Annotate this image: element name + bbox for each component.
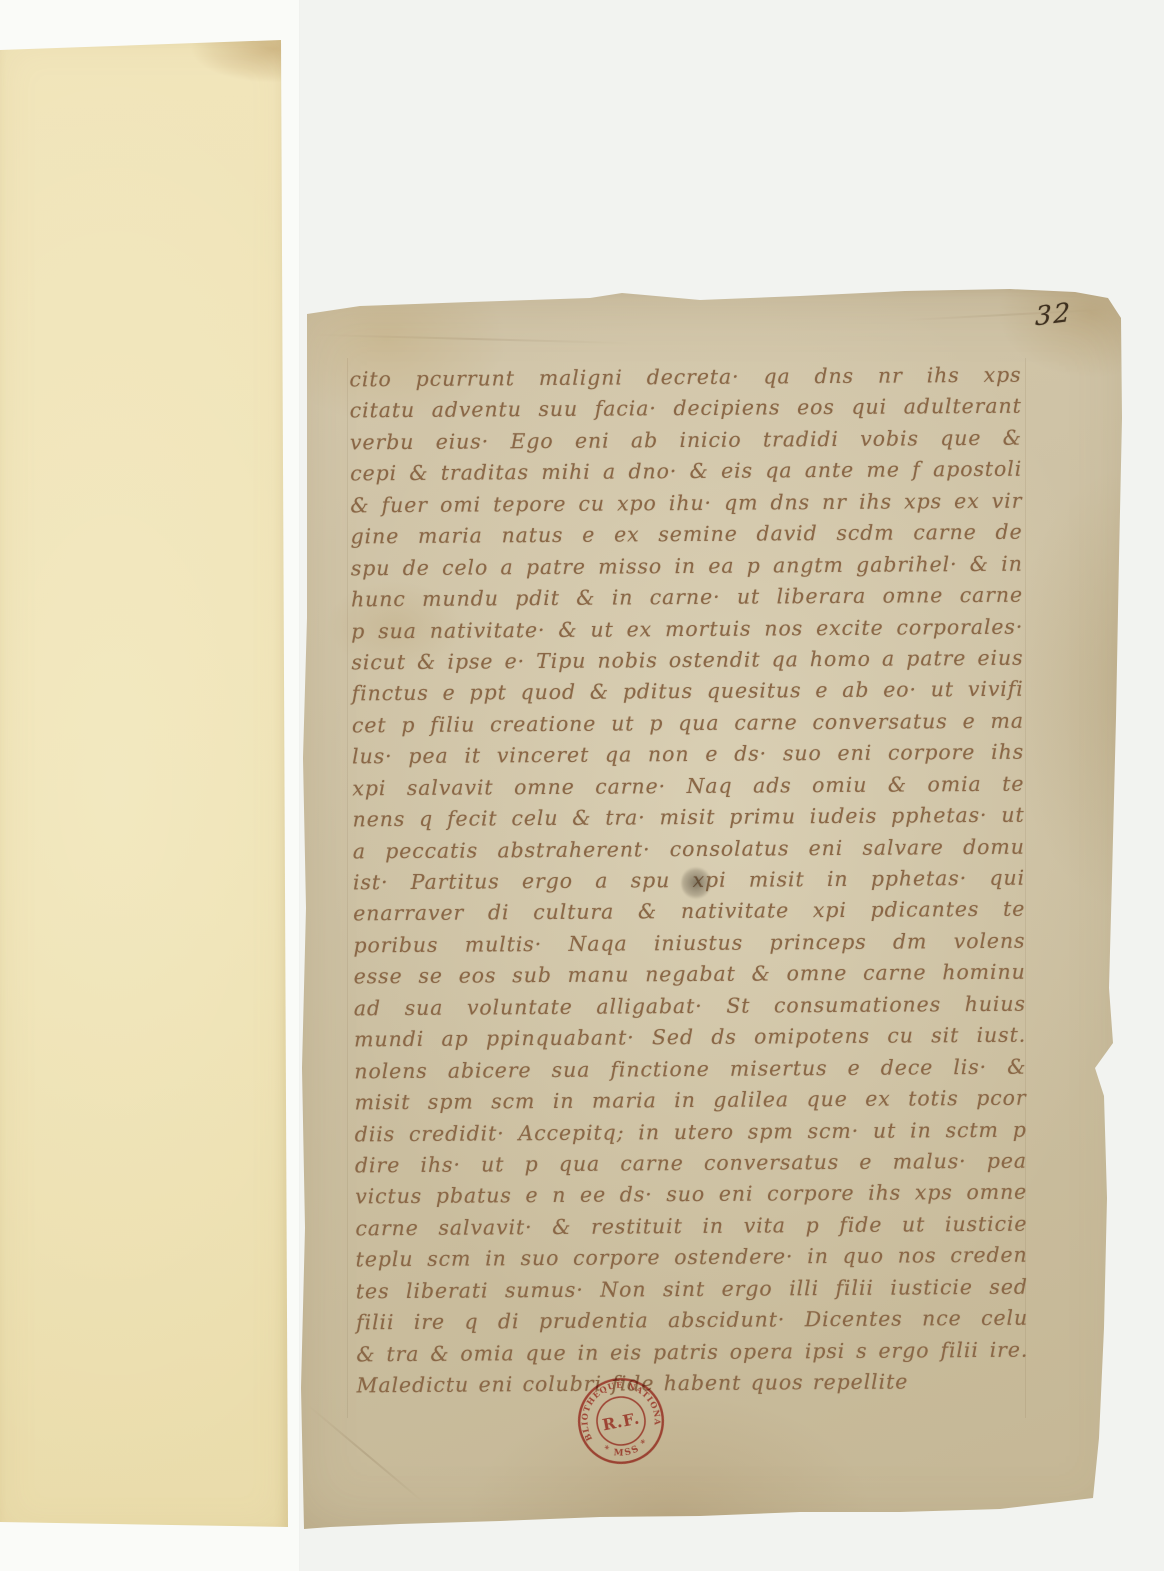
manuscript-line: carne salvavit· & restituit in vita p fi… xyxy=(355,1208,1027,1244)
parchment-crease xyxy=(308,1405,424,1503)
manuscript-line: misit spm scm in maria in galilea que ex… xyxy=(354,1083,1026,1119)
parchment-crease xyxy=(903,309,1103,321)
manuscript-line: & tra & omia que in eis patris opera ips… xyxy=(356,1334,1028,1370)
manuscript-line: ad sua voluntate alligabat· St consumati… xyxy=(354,988,1026,1024)
manuscript-line: sicut & ipse e· Tipu nobis ostendit qa h… xyxy=(351,643,1023,679)
manuscript-line: esse se eos sub manu negabat & omne carn… xyxy=(354,957,1026,993)
manuscript-line: filii ire q di prudentia abscidunt· Dice… xyxy=(356,1303,1028,1339)
manuscript-line: nens q fecit celu & tra· misit primu iud… xyxy=(352,800,1024,836)
manuscript-page: 32 cito pcurrunt maligni decreta· qa dns… xyxy=(283,288,1143,1540)
manuscript-line: cito pcurrunt maligni decreta· qa dns nr… xyxy=(349,360,1021,396)
flyleaf xyxy=(0,40,288,1532)
manuscript-line: teplu scm in suo corpore ostendere· in q… xyxy=(356,1240,1028,1276)
manuscript-line: poribus multis· Naqa iniustus princeps d… xyxy=(353,926,1025,962)
manuscript-line: mundi ap ppinquabant· Sed ds omipotens c… xyxy=(354,1020,1026,1056)
manuscript-line: Maledictu eni colubri fide habent quos r… xyxy=(356,1366,1028,1402)
manuscript-line: gine maria natus e ex semine david scdm … xyxy=(350,517,1022,553)
manuscript-line: diis credidit· Accepitq; in utero spm sc… xyxy=(355,1114,1027,1150)
library-stamp: BIBLIOTHEQUE NATIONALE * MSS * R.F. xyxy=(566,1366,676,1476)
folio-number: 32 xyxy=(1035,298,1072,333)
manuscript-line: verbu eius· Ego eni ab inicio tradidi vo… xyxy=(350,423,1022,459)
manuscript-line: lus· pea it vinceret qa non e ds· suo en… xyxy=(352,737,1024,773)
manuscript-line: & fuer omi tepore cu xpo ihu· qm dns nr … xyxy=(350,485,1022,521)
manuscript-line: tes liberati sumus· Non sint ergo illi f… xyxy=(356,1271,1028,1307)
ruling-line-left xyxy=(347,358,348,1418)
stamp-center-text: R.F. xyxy=(601,1409,642,1435)
parchment-crease xyxy=(313,334,633,344)
manuscript-line: spu de celo a patre misso in ea p angtm … xyxy=(351,548,1023,584)
manuscript-line: dire ihs· ut p qua carne conversatus e m… xyxy=(355,1146,1027,1182)
manuscript-line: a peccatis abstraherent· consolatus eni … xyxy=(353,831,1025,867)
manuscript-line: citatu adventu suu facia· decipiens eos … xyxy=(350,391,1022,427)
stamp-top-text: BIBLIOTHEQUE NATIONALE xyxy=(572,1372,665,1443)
manuscript-line: p sua nativitate· & ut ex mortuis nos ex… xyxy=(351,611,1023,647)
manuscript-line: enarraver di cultura & nativitate xpi pd… xyxy=(353,894,1025,930)
manuscript-line: cet p filiu creatione ut p qua carne con… xyxy=(352,705,1024,741)
manuscript-line: cepi & traditas mihi a dno· & eis qa ant… xyxy=(350,454,1022,490)
stamp-bottom-text: * MSS * xyxy=(600,1436,653,1463)
manuscript-line: finctus e ppt quod & pditus quesitus e a… xyxy=(352,674,1024,710)
manuscript-line: victus pbatus e n ee ds· suo eni corpore… xyxy=(355,1177,1027,1213)
manuscript-line: hunc mundu pdit & in carne· ut liberara … xyxy=(351,580,1023,616)
manuscript-line: xpi salvavit omne carne· Naq ads omiu & … xyxy=(352,768,1024,804)
manuscript-line: nolens abicere sua finctione misertus e … xyxy=(354,1051,1026,1087)
ink-blot xyxy=(681,866,711,900)
